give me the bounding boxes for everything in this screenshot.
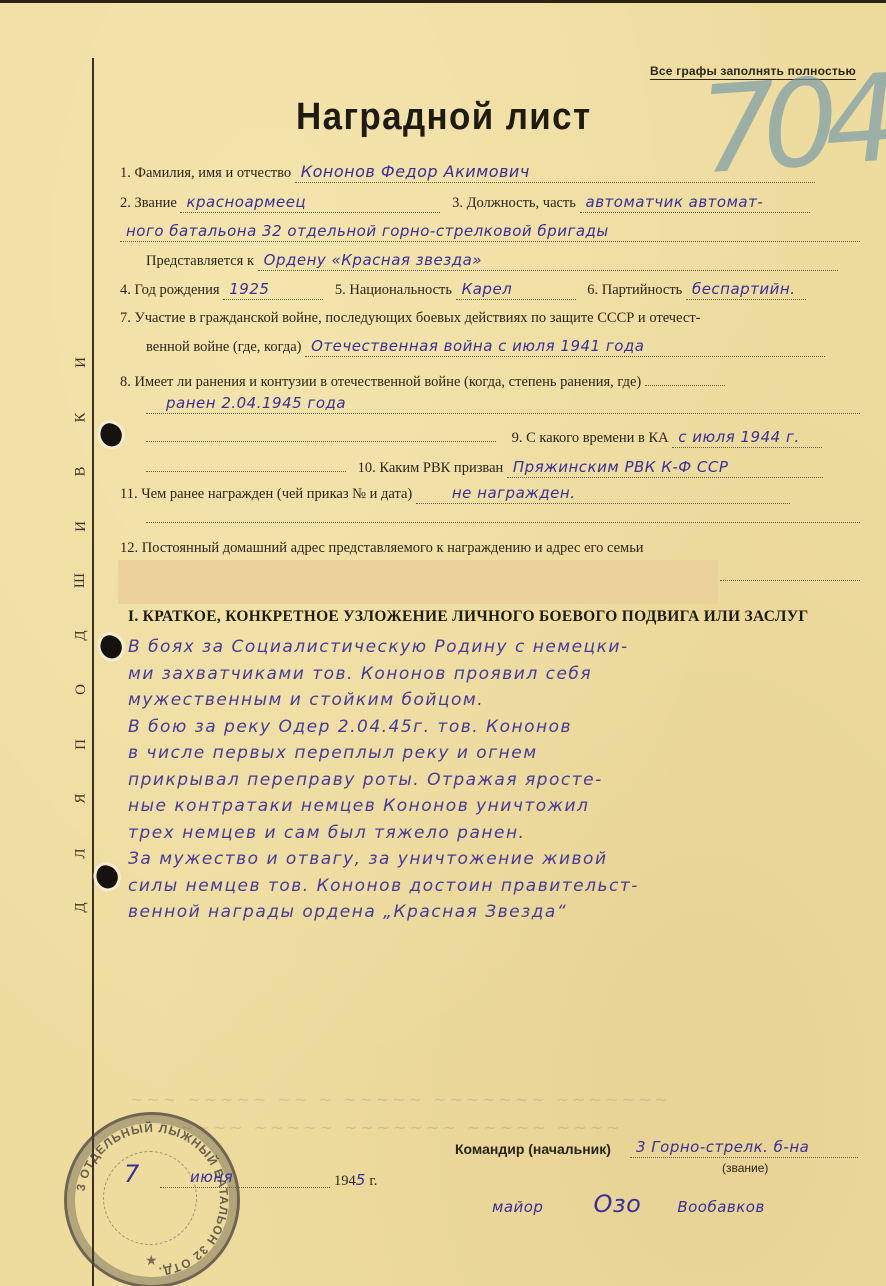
field-war-participation-cont: венной войне (где, когда) Отечественная … [146, 337, 862, 357]
page-top-edge [0, 0, 886, 3]
narrative-line: в числе первых переплыл реку и огнем [128, 740, 868, 767]
margin-letter: Ш [73, 573, 88, 588]
star-icon: ★ [145, 1253, 158, 1270]
narrative-line: В боях за Социалистическую Родину с неме… [128, 634, 868, 661]
punch-hole-icon [97, 421, 125, 449]
field-label: 7. Участие в гражданской войне, последую… [120, 310, 700, 327]
punch-hole-icon [93, 863, 121, 891]
punch-hole-icon [97, 633, 125, 661]
unit-stamp: 3 ОТДЕЛЬНЫЙ ЛЫЖНЫЙ БАТАЛЬОН 32 ОТД. ★ [64, 1112, 240, 1286]
margin-letter: Д [73, 902, 88, 912]
award-sheet-page: Д Л Я П О Д Ш И В К И Все графы заполнят… [0, 0, 886, 1286]
field-label: 6. Партийность [587, 282, 682, 299]
field-label: 1. Фамилия, имя и отчество [120, 165, 291, 182]
field-label: 9. С какого времени в КА [512, 430, 669, 447]
narrative-line: трех немцев и сам был тяжело ранен. [128, 820, 868, 847]
margin-letter: И [74, 521, 89, 532]
binding-margin-label: Д Л Я П О Д Ш И В К И [66, 355, 96, 915]
field-since-army: 9. С какого времени в КА с июля 1944 г. [146, 425, 862, 448]
field-label: 11. Чем ранее награжден (чей приказ № и … [120, 486, 412, 503]
signature-block: майор Озо Вообавков [486, 1190, 765, 1218]
margin-letter: К [73, 412, 88, 422]
party-value[interactable]: беспартийн. [686, 280, 806, 300]
narrative-line: силы немцев тов. Кононов достоин правите… [128, 873, 868, 900]
margin-letter: П [74, 739, 89, 750]
field-wounds-cont: ранен 2.04.1945 года [146, 394, 862, 414]
since-army-leader [146, 425, 496, 442]
redacted-address-block [118, 560, 718, 604]
commander-rank: майор [486, 1198, 543, 1216]
section-heading: I. КРАТКОЕ, КОНКРЕТНОЕ УЗЛОЖЕНИЕ ЛИЧНОГО… [128, 608, 809, 626]
margin-letter: В [73, 466, 88, 476]
field-label: 3. Должность, часть [452, 195, 576, 212]
field-label: 4. Год рождения [120, 282, 220, 299]
margin-letter: Л [74, 848, 89, 858]
wounds-value[interactable]: ранен 2.04.1945 года [146, 394, 860, 414]
previous-awards-value[interactable]: не награжден. [416, 484, 790, 504]
presented-to-value[interactable]: Ордену «Красная звезда» [258, 251, 838, 271]
commander-label: Командир (начальник) [455, 1141, 611, 1157]
field-label: 8. Имеет ли ранения и контузии в отечест… [120, 374, 641, 391]
page-title: Наградной лист [296, 96, 592, 139]
margin-letter: И [74, 357, 89, 368]
bleed-through-texture: ~~~ ~~~~~ ~~ ~ ~~~~~ ~~~~~~~ ~~~~~~~ [130, 1090, 671, 1109]
position-value-line2[interactable]: ного батальона 32 отдельной горно-стрелк… [120, 222, 860, 242]
conscription-value[interactable]: Пряжинским РВК К-Ф ССР [507, 458, 823, 478]
field-wounds: 8. Имеет ли ранения и контузии в отечест… [120, 369, 862, 391]
nationality-value[interactable]: Карел [456, 280, 576, 300]
rank-caption: (звание) [722, 1161, 768, 1175]
bleed-through-texture: ~~~~ ~~~~~ ~~~~~~~ ~~~~~ ~~~~ [180, 1118, 623, 1137]
field-home-address: 12. Постоянный домашний адрес представля… [120, 540, 862, 557]
margin-letter: Д [73, 630, 88, 640]
field-full-name: 1. Фамилия, имя и отчество Кононов Федор… [120, 162, 862, 183]
field-birth-nationality-party: 4. Год рождения 1925 5. Национальность К… [120, 280, 862, 300]
signature: Озо [587, 1190, 641, 1218]
narrative-line: ми захватчиками тов. Кононов проявил себ… [128, 661, 868, 688]
field-conscription-office: 10. Каким РВК призван Пряжинским РВК К-Ф… [146, 455, 862, 478]
field-war-participation: 7. Участие в гражданской войне, последую… [120, 310, 862, 327]
war-participation-value[interactable]: Отечественная война с июля 1941 года [305, 337, 825, 357]
previous-awards-line2[interactable] [146, 522, 860, 523]
margin-letter: Я [73, 793, 88, 803]
narrative-line: В бою за реку Одер 2.04.45г. тов. Кононо… [128, 714, 868, 741]
commander-unit-field[interactable]: 3 Горно-стрелк. б-на [630, 1138, 858, 1158]
field-label: 12. Постоянный домашний адрес представля… [120, 540, 644, 557]
signer-name: Вообавков [671, 1198, 765, 1216]
since-army-value[interactable]: с июля 1944 г. [672, 428, 822, 448]
conscription-leader [146, 455, 346, 472]
full-name-value[interactable]: Кононов Федор Акимович [295, 162, 815, 183]
field-label: венной войне (где, когда) [146, 339, 301, 356]
wounds-leader [645, 369, 725, 386]
narrative-line: прикрывал переправу роты. Отражая яросте… [128, 767, 868, 794]
margin-letter: О [74, 684, 89, 695]
birth-year-value[interactable]: 1925 [223, 280, 323, 300]
narrative-line: ные контратаки немцев Кононов уничтожил [128, 793, 868, 820]
home-address-line[interactable] [720, 580, 860, 581]
field-presented-to: Представляется к Ордену «Красная звезда» [146, 251, 862, 271]
field-label: 2. Звание [120, 195, 177, 212]
rank-value[interactable]: красноармеец [180, 193, 440, 213]
field-label: 5. Национальность [335, 282, 452, 299]
date-day: 7 [118, 1160, 140, 1188]
merit-narrative: В боях за Социалистическую Родину с неме… [128, 634, 868, 926]
field-label: Представляется к [146, 253, 254, 270]
field-position-continued: ного батальона 32 отдельной горно-стрелк… [120, 222, 862, 242]
field-previous-awards: 11. Чем ранее награжден (чей приказ № и … [120, 484, 862, 504]
narrative-line: мужественным и стойким бойцом. [128, 687, 868, 714]
narrative-line: За мужество и отвагу, за уничтожение жив… [128, 846, 868, 873]
field-rank-position: 2. Звание красноармеец 3. Должность, час… [120, 193, 862, 213]
narrative-line: венной награды ордена „Красная Звезда“ [128, 899, 868, 926]
position-value-line1[interactable]: автоматчик автомат- [580, 193, 810, 213]
field-label: 10. Каким РВК призван [358, 460, 504, 477]
date-month-field[interactable]: июня [160, 1168, 330, 1188]
date-year: 1945 г. [334, 1171, 377, 1190]
